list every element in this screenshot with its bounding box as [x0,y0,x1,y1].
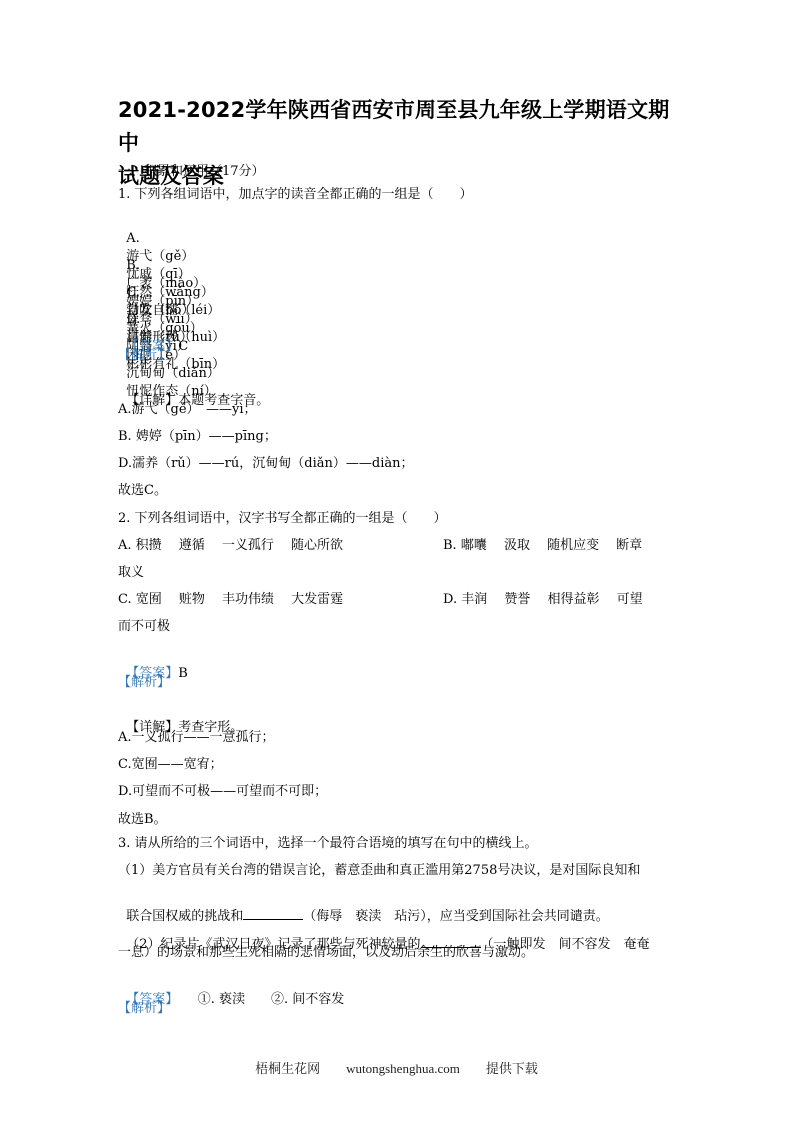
q2-explanation: C.宽囿——宽宥； [118,756,223,774]
q2-option-d-cont: 而不可极 [118,618,170,636]
answer-value: ①. 亵渎 ②. 间不容发 [172,992,345,1007]
q2-option-c: C. 宽囿 赃物 丰功伟绩 大发雷霆 [118,591,343,609]
q2-analysis-label: 【解析】 [118,674,170,692]
q2-explanation: D.可望而不可极——可望而不可即； [118,783,327,801]
q3-part1-line1: （1）美方官员有关台湾的错误言论，蓄意歪曲和真正滥用第2758号决议，是对国际良… [118,862,640,880]
q1-explanation: A.游弋（gě） ——yì； [118,401,257,419]
q1-explanation: D.濡养（rǔ）——rú，沉甸甸（diǎn）——diàn； [118,455,413,473]
answer-value: C [178,339,188,354]
q1-analysis-label: 【解析】 [118,347,170,365]
q2-option-b: B. 嘟囔 汲取 随机应变 断章 [443,537,642,555]
footer-note: 提供下载 [486,1061,538,1076]
title-line-1: 2021-2022学年陕西省西安市周至县九年级上学期语文期中 [118,94,678,160]
q2-option-b-cont: 取义 [118,564,144,582]
q2-option-a: A. 积攒 遵循 一义孤行 随心所欲 [118,537,343,555]
q1-conclusion: 故选C。 [118,482,167,500]
page-footer: 梧桐生花网 wutongshenghua.com 提供下载 [0,1058,793,1077]
q3-stem: 3. 请从所给的三个词语中，选择一个最符合语境的填写在句中的横线上。 [118,835,538,853]
footer-url: wutongshenghua.com [346,1061,460,1076]
answer-value: B [178,666,188,681]
q3-part2-line2: 一息）的场景和那些生死相隔的悲情场面，以及劫后余生的欣喜与激动。 [118,944,534,962]
q2-stem: 2. 下列各组词语中，汉字书写全都正确的一组是（ ） [118,510,447,528]
q3-analysis-label: 【解析】 [118,1000,170,1018]
q1-stem: 1. 下列各组词语中，加点字的读音全都正确的一组是（ ） [118,186,473,204]
section-heading: 一、积累和运用（17分） [118,163,265,181]
q2-explanation: A.一义孤行——一意孤行； [118,729,275,747]
footer-site-name: 梧桐生花网 [255,1061,320,1076]
q2-option-d: D. 丰润 赞誉 相得益彰 可望 [443,591,643,609]
q2-conclusion: 故选B。 [118,811,167,829]
q1-explanation: B. 娉婷（pīn）——pīng； [118,428,277,446]
